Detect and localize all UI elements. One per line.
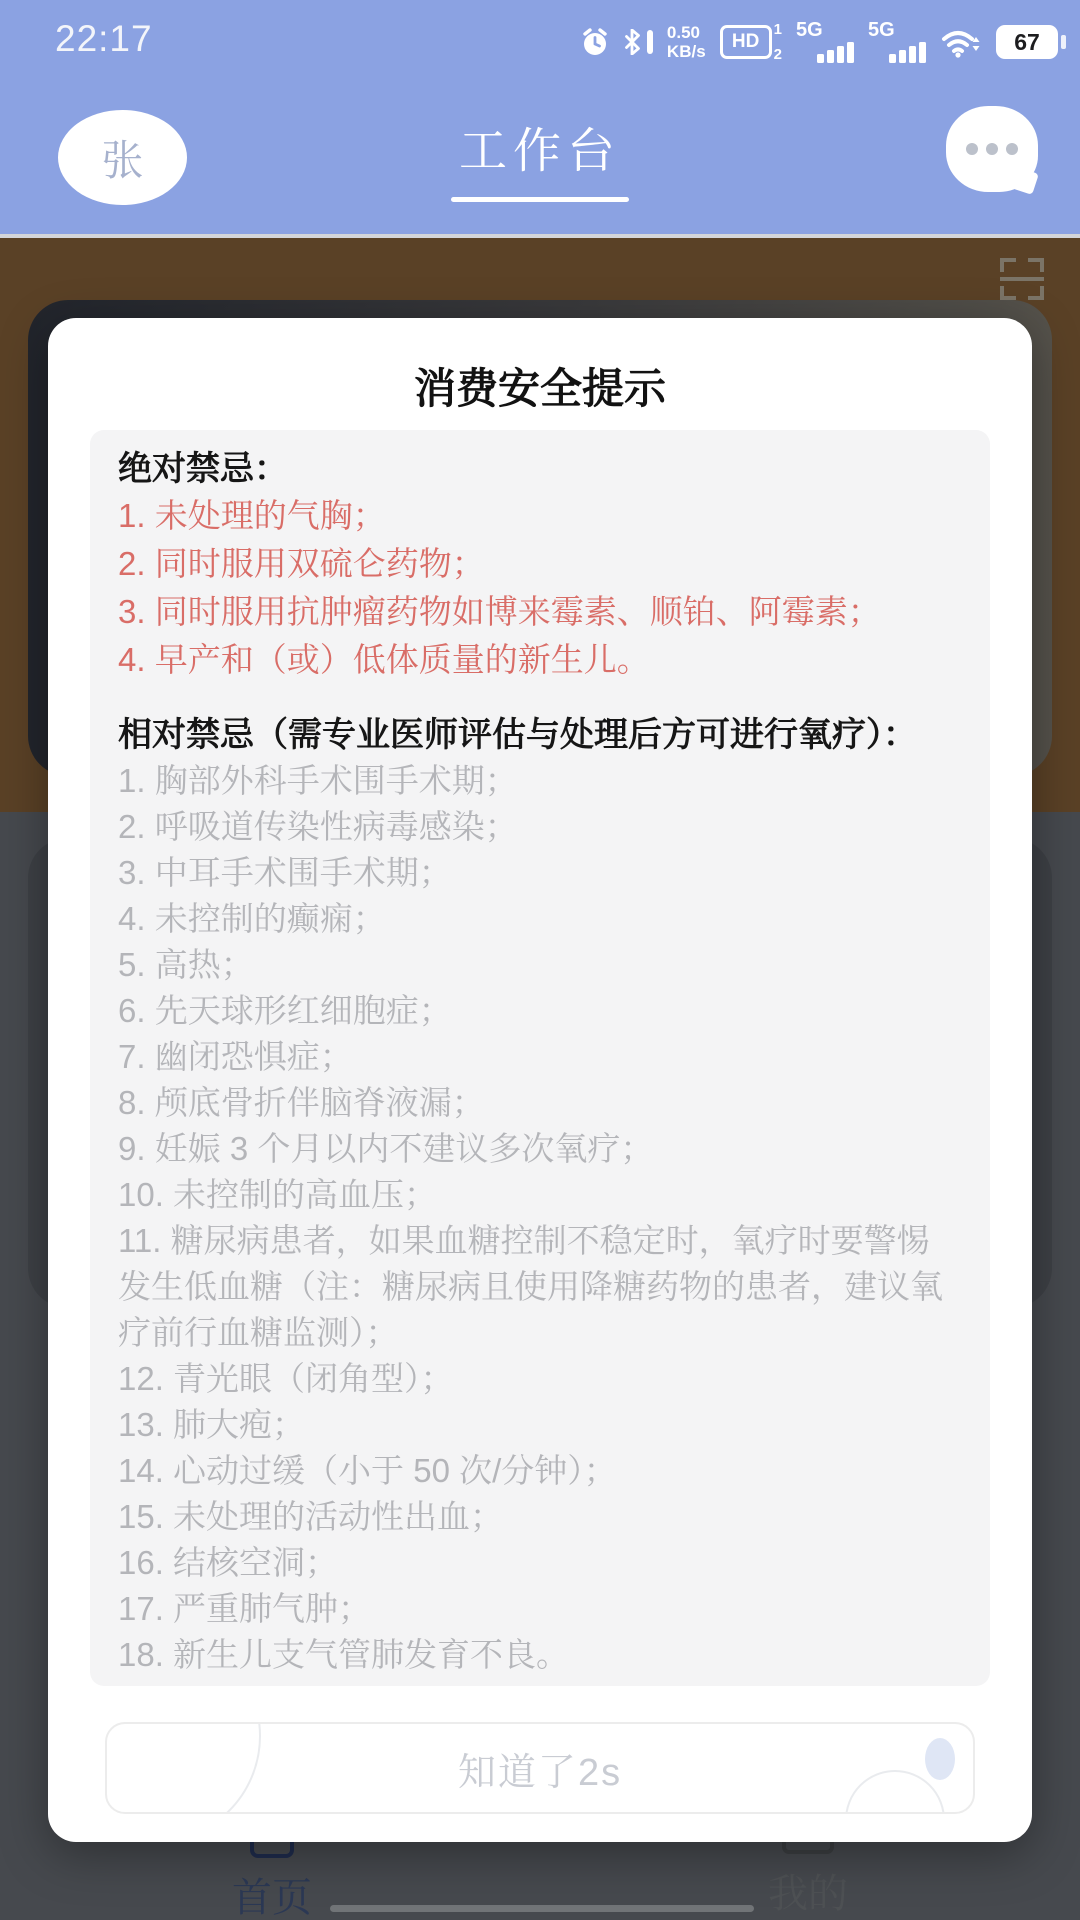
battery-icon: 67 xyxy=(996,25,1058,59)
status-time: 22:17 xyxy=(55,18,153,60)
list-item: 11. 糖尿病患者，如果血糖控制不稳定时，氧疗时要警惕发生低血糖（注：糖尿病且使… xyxy=(118,1218,962,1356)
header-title-wrap: 工作台 xyxy=(0,112,1080,202)
decor-dot xyxy=(925,1738,955,1780)
chat-dots xyxy=(946,106,1038,192)
bluetooth-icon xyxy=(624,29,653,55)
signal-bars-icon: 5G xyxy=(796,19,854,65)
list-item: 2. 同时服用双硫仑药物； xyxy=(118,540,962,588)
decor-arc xyxy=(845,1770,945,1814)
list-item: 1. 胸部外科手术围手术期； xyxy=(118,758,962,804)
absolute-list: 1. 未处理的气胸； 2. 同时服用双硫仑药物； 3. 同时服用抗肿瘤药物如博来… xyxy=(118,492,962,684)
contraindication-panel: 绝对禁忌： 1. 未处理的气胸； 2. 同时服用双硫仑药物； 3. 同时服用抗肿… xyxy=(90,430,990,1686)
network-speed: 0.50 KB/s xyxy=(667,23,706,61)
list-item: 14. 心动过缓（小于 50 次/分钟）； xyxy=(118,1448,962,1494)
confirm-button[interactable]: 知道了2s xyxy=(105,1722,975,1814)
relative-list: 1. 胸部外科手术围手术期； 2. 呼吸道传染性病毒感染； 3. 中耳手术围手术… xyxy=(118,758,962,1678)
list-item: 2. 呼吸道传染性病毒感染； xyxy=(118,804,962,850)
list-item: 3. 中耳手术围手术期； xyxy=(118,850,962,896)
chat-bubble-icon[interactable] xyxy=(946,106,1038,192)
tab-mine-label: 我的 xyxy=(768,1862,848,1919)
list-item: 4. 早产和（或）低体质量的新生儿。 xyxy=(118,636,962,684)
alarm-clock-icon xyxy=(580,27,610,57)
list-item: 13. 肺大疱； xyxy=(118,1402,962,1448)
screen: 22:17 0.50 KB/s HD xyxy=(0,0,1080,1920)
list-item: 15. 未处理的活动性出血； xyxy=(118,1494,962,1540)
decor-arc xyxy=(105,1722,261,1814)
relative-heading: 相对禁忌（需专业医师评估与处理后方可进行氧疗）： xyxy=(118,712,962,758)
list-item: 12. 青光眼（闭角型）； xyxy=(118,1356,962,1402)
list-item: 4. 未控制的癫痫； xyxy=(118,896,962,942)
confirm-button-label: 知道了 xyxy=(458,1752,578,1794)
list-item: 3. 同时服用抗肿瘤药物如博来霉素、顺铂、阿霉素； xyxy=(118,588,962,636)
list-item: 1. 未处理的气胸； xyxy=(118,492,962,540)
list-item: 6. 先天球形红细胞症； xyxy=(118,988,962,1034)
absolute-heading: 绝对禁忌： xyxy=(118,446,962,492)
tab-home-label: 首页 xyxy=(232,1866,312,1920)
list-item: 18. 新生儿支气管肺发育不良。 xyxy=(118,1632,962,1678)
list-item: 8. 颅底骨折伴脑脊液漏； xyxy=(118,1080,962,1126)
header-divider xyxy=(0,234,1080,238)
status-icons: 0.50 KB/s HD 1 2 5G 5G xyxy=(580,16,1058,68)
list-item: 5. 高热； xyxy=(118,942,962,988)
title-underline xyxy=(451,197,629,202)
home-indicator[interactable] xyxy=(330,1905,754,1912)
confirm-countdown: 2s xyxy=(578,1752,622,1794)
app-header: 22:17 0.50 KB/s HD xyxy=(0,0,1080,234)
safety-notice-modal: 消费安全提示 绝对禁忌： 1. 未处理的气胸； 2. 同时服用双硫仑药物； 3.… xyxy=(48,318,1032,1842)
signal-bars-icon: 5G xyxy=(868,19,926,65)
list-item: 9. 妊娠 3 个月以内不建议多次氧疗； xyxy=(118,1126,962,1172)
hd-badge: HD 1 2 xyxy=(720,22,782,62)
list-item: 7. 幽闭恐惧症； xyxy=(118,1034,962,1080)
page-title: 工作台 xyxy=(0,112,1080,181)
list-item: 16. 结核空洞； xyxy=(118,1540,962,1586)
list-item: 10. 未控制的高血压； xyxy=(118,1172,962,1218)
list-item: 17. 严重肺气肿； xyxy=(118,1586,962,1632)
modal-title: 消费安全提示 xyxy=(48,364,1032,414)
scan-frame-icon[interactable] xyxy=(1000,258,1044,300)
wifi-icon xyxy=(940,25,982,59)
